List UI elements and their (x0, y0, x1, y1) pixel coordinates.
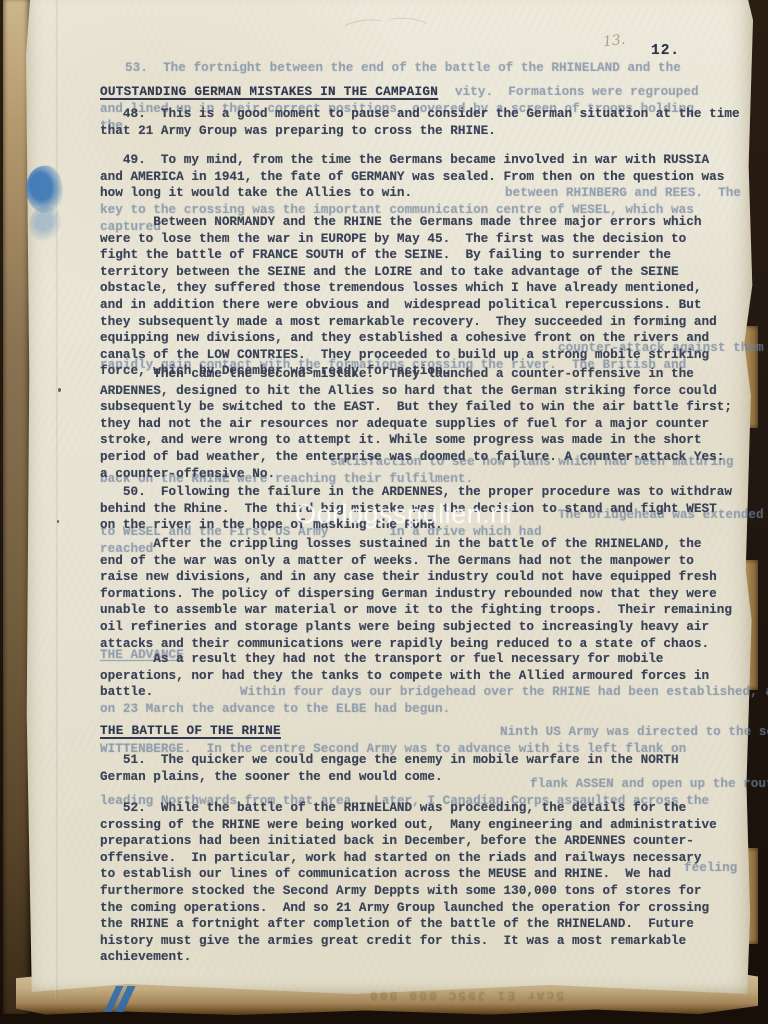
paragraph-normandy-errors: Between NORMANDY and the RHINE the Germa… (100, 214, 717, 380)
bottom-bleed-text: 5cAr E1 J95C 000 900 (368, 988, 564, 1003)
paragraph-51: 51. The quicker we could engage the enem… (100, 752, 679, 785)
scanned-document-photo: 53. The fortnight between the end of the… (0, 0, 768, 1024)
pencil-scribble (338, 16, 434, 32)
ghost-bleed-line: Ninth US Army was directed to the sector… (500, 724, 768, 741)
blue-crayon-mark-bottom (97, 986, 140, 1012)
handwritten-page-number: 13. (602, 32, 626, 51)
paragraph-rhineland-losses: After the crippling losses sustained in … (100, 536, 732, 652)
watermark: Oorlogsspullen.nl (295, 499, 512, 530)
paragraph-49: 49. To my mind, from the time the German… (100, 152, 724, 202)
paragraph-52: 52. While the battle of the RHINELAND wa… (100, 800, 717, 966)
section-heading-battle-of-rhine: THE BATTLE OF THE RHINE (100, 723, 281, 740)
vertical-crease (55, 0, 58, 998)
paragraph-ardennes-mistake: Then came the second mistake. They launc… (100, 366, 732, 482)
ghost-bleed-line: 53. The fortnight between the end of the… (125, 60, 681, 77)
paragraph-transport-shortage: As a result they had not the transport o… (100, 651, 709, 701)
paper-speck (58, 388, 61, 392)
page-number: 12. (651, 43, 680, 60)
paper-stack-left-edge (3, 0, 30, 1014)
paper-speck (57, 520, 59, 523)
section-heading-german-mistakes: OUTSTANDING GERMAN MISTAKES IN THE CAMPA… (100, 84, 438, 101)
paragraph-48: 48. This is a good moment to pause and c… (100, 106, 740, 139)
ghost-bleed-line: vity. Formations were regrouped (455, 84, 699, 101)
ghost-bleed-line: on 23 March the advance to the ELBE had … (100, 701, 450, 718)
